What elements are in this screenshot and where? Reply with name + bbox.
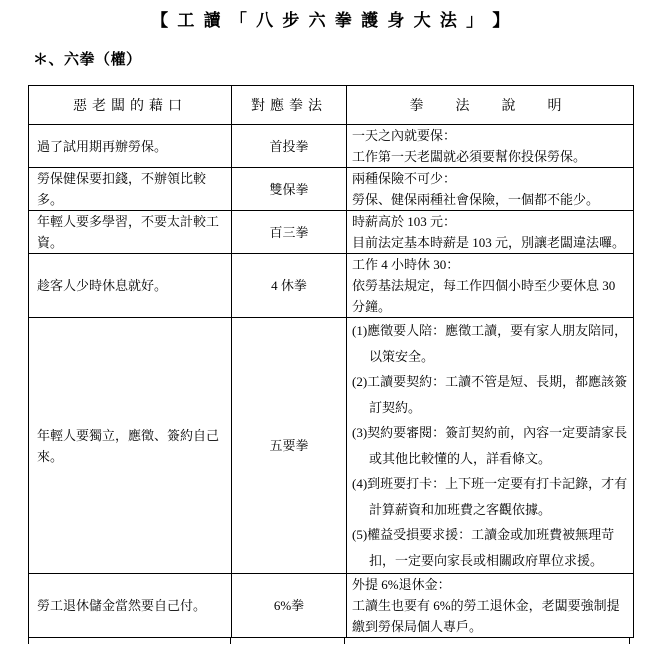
fist-cell: 首投拳 xyxy=(232,125,347,168)
excuse-cell: 勞保健保要扣錢，不辦領比較多。 xyxy=(29,168,232,211)
desc-line: 目前法定基本時薪是 103 元，別讓老闆違法囉。 xyxy=(352,232,630,253)
header-fist: 對應拳法 xyxy=(232,86,347,125)
fist-cell: 4 休拳 xyxy=(232,254,347,318)
explanation-cell: 工作 4 小時休 30： 依勞基法規定，每工作四個小時至少要休息 30 分鐘。 xyxy=(347,254,634,318)
fist-cell: 6%拳 xyxy=(232,574,347,638)
table-row: 勞工退休儲金當然要自己付。 6%拳 外提 6%退休金： 工讀生也要有 6%的勞工… xyxy=(29,574,634,638)
table-row: 過了試用期再辦勞保。 首投拳 一天之內就要保： 工作第一天老闆就必須要幫你投保勞… xyxy=(29,125,634,168)
excuse-cell: 過了試用期再辦勞保。 xyxy=(29,125,232,168)
excuse-cell: 勞工退休儲金當然要自己付。 xyxy=(29,574,232,638)
table-row: 年輕人要獨立，應徵、簽約自己來。 五要拳 (1)應徵要人陪：應徵工讀，要有家人朋… xyxy=(29,318,634,574)
table-row: 年輕人要多學習，不要太計較工資。 百三拳 時薪高於 103 元： 目前法定基本時… xyxy=(29,211,634,254)
fist-cell: 百三拳 xyxy=(232,211,347,254)
border-stub xyxy=(230,637,231,644)
explanation-cell: 外提 6%退休金： 工讀生也要有 6%的勞工退休金，老闆要強制提繳到勞保局個人專… xyxy=(347,574,634,638)
desc-line: 依勞基法規定，每工作四個小時至少要休息 30 分鐘。 xyxy=(352,275,630,317)
excuse-cell: 年輕人要多學習，不要太計較工資。 xyxy=(29,211,232,254)
explanation-cell: 一天之內就要保： 工作第一天老闆就必須要幫你投保勞保。 xyxy=(347,125,634,168)
desc-line: 工讀生也要有 6%的勞工退休金，老闆要強制提繳到勞保局個人專戶。 xyxy=(352,595,630,637)
excuse-cell: 年輕人要獨立，應徵、簽約自己來。 xyxy=(29,318,232,574)
border-stub xyxy=(28,637,29,644)
header-excuse: 惡老闆的藉口 xyxy=(29,86,232,125)
excuse-cell: 趁客人少時休息就好。 xyxy=(29,254,232,318)
document-page: 【 工 讀 「 八 步 六 拳 護 身 大 法 」 】 ＊、六拳（權） 惡老闆的… xyxy=(0,0,663,646)
cropped-next-row-border-stubs xyxy=(0,638,663,646)
table-header-row: 惡老闆的藉口 對應拳法 拳 法 說 明 xyxy=(29,86,634,125)
desc-line: 外提 6%退休金： xyxy=(352,574,630,595)
fist-cell: 五要拳 xyxy=(232,318,347,574)
desc-numbered-item: (4)到班要打卡：上下班一定要有打卡記錄，才有計算薪資和加班費之客觀依據。 xyxy=(352,471,630,522)
explanation-cell: (1)應徵要人陪：應徵工讀，要有家人朋友陪同，以策安全。 (2)工讀要契約：工讀… xyxy=(347,318,634,574)
desc-line: 一天之內就要保： xyxy=(352,125,630,146)
desc-numbered-item: (2)工讀要契約：工讀不管是短、長期，都應該簽訂契約。 xyxy=(352,369,630,420)
explanation-cell: 時薪高於 103 元： 目前法定基本時薪是 103 元，別讓老闆違法囉。 xyxy=(347,211,634,254)
desc-line: 兩種保險不可少： xyxy=(352,168,630,189)
header-explanation: 拳 法 說 明 xyxy=(347,86,634,125)
section-subtitle: ＊、六拳（權） xyxy=(33,48,663,69)
six-fists-table: 惡老闆的藉口 對應拳法 拳 法 說 明 過了試用期再辦勞保。 首投拳 一天之內就… xyxy=(28,85,634,638)
page-title: 【 工 讀 「 八 步 六 拳 護 身 大 法 」 】 xyxy=(0,8,663,34)
table-row: 趁客人少時休息就好。 4 休拳 工作 4 小時休 30： 依勞基法規定，每工作四… xyxy=(29,254,634,318)
desc-line: 工作 4 小時休 30： xyxy=(352,254,630,275)
desc-line: 勞保、健保兩種社會保險，一個都不能少。 xyxy=(352,189,630,210)
desc-numbered-item: (5)權益受損要求援：工讀金或加班費被無理苛扣，一定要向家長或相關政府單位求援。 xyxy=(352,522,630,573)
border-stub xyxy=(344,637,345,644)
desc-line: 時薪高於 103 元： xyxy=(352,211,630,232)
table-row: 勞保健保要扣錢，不辦領比較多。 雙保拳 兩種保險不可少： 勞保、健保兩種社會保險… xyxy=(29,168,634,211)
fist-cell: 雙保拳 xyxy=(232,168,347,211)
desc-numbered-item: (1)應徵要人陪：應徵工讀，要有家人朋友陪同，以策安全。 xyxy=(352,318,630,369)
desc-line: 工作第一天老闆就必須要幫你投保勞保。 xyxy=(352,146,630,167)
explanation-cell: 兩種保險不可少： 勞保、健保兩種社會保險，一個都不能少。 xyxy=(347,168,634,211)
desc-numbered-item: (3)契約要審閱：簽訂契約前，內容一定要請家長或其他比較懂的人，詳看條文。 xyxy=(352,420,630,471)
border-stub xyxy=(629,637,630,644)
